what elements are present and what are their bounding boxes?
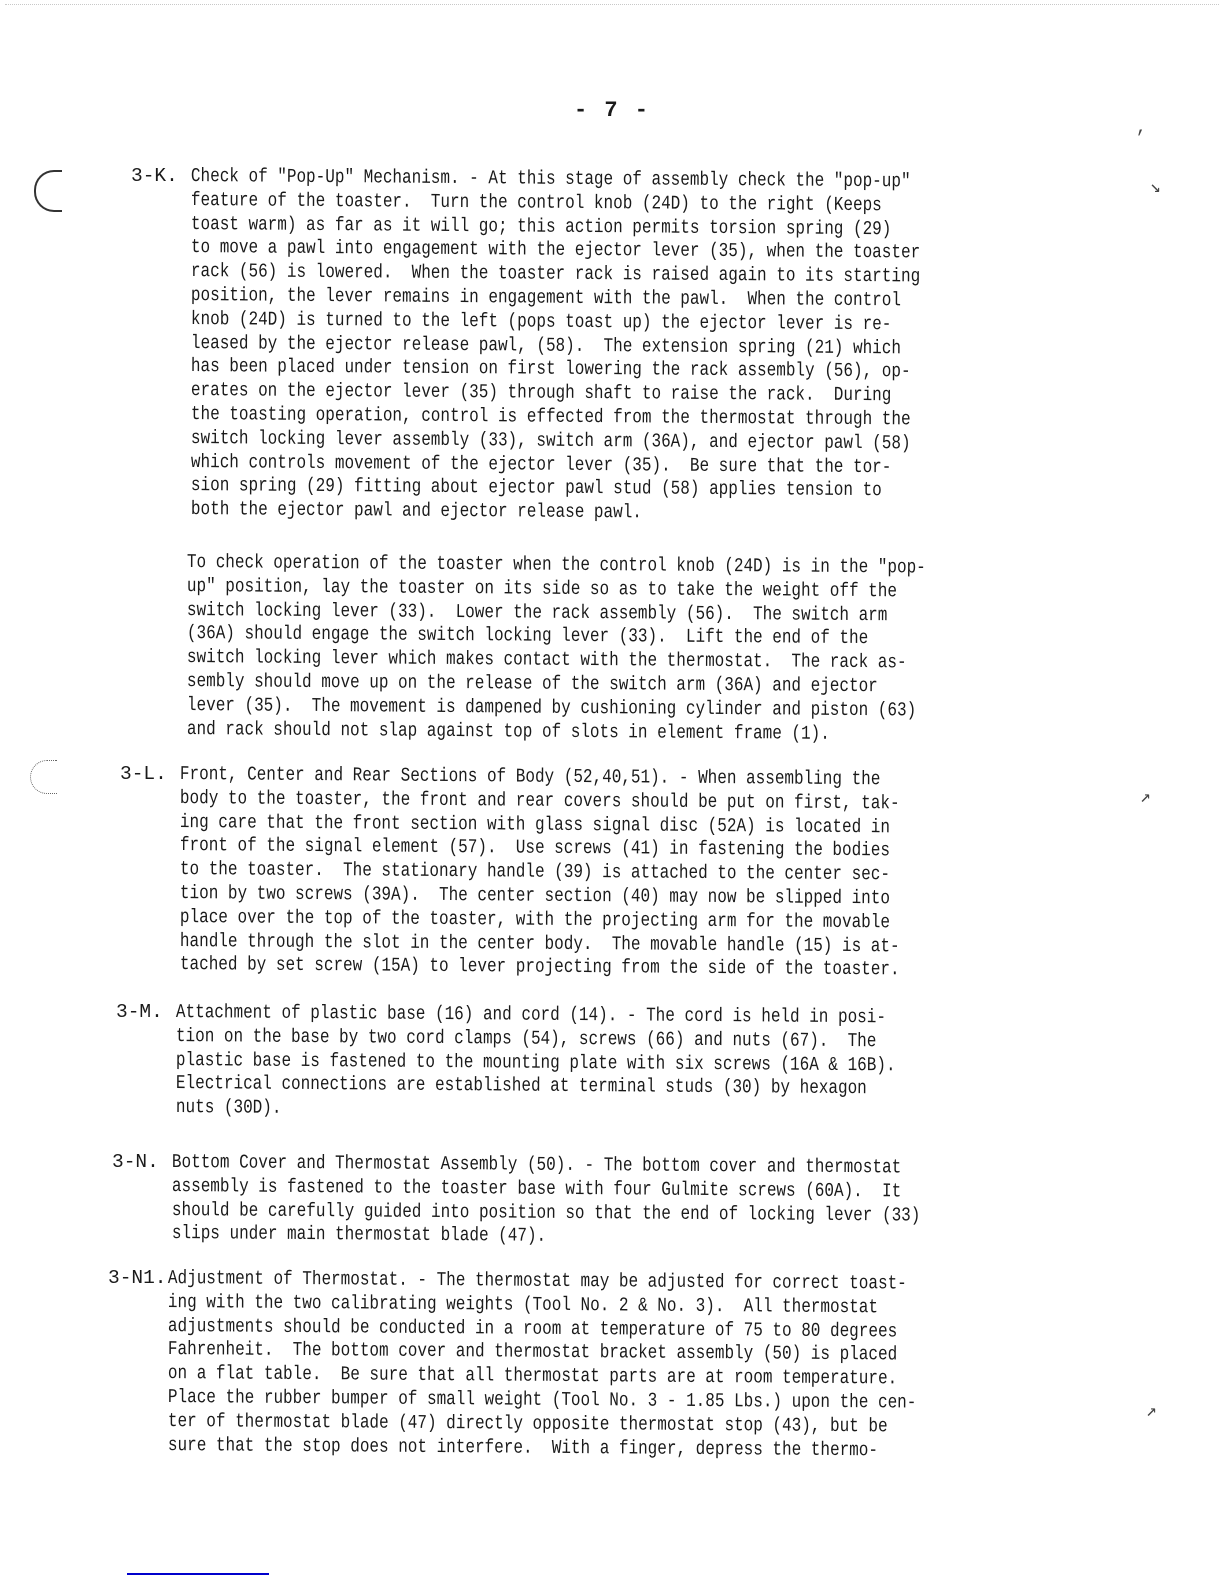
margin-mark: ↘ (1150, 176, 1161, 198)
text-line: sure that the stop does not interfere. W… (168, 1433, 878, 1462)
text-line: slips under main thermostat blade (47). (172, 1221, 546, 1248)
text-line: nuts (30D). (176, 1095, 282, 1120)
margin-mark: ↗ (1146, 1400, 1157, 1422)
link-underline[interactable] (127, 1573, 269, 1575)
margin-mark: ↗ (1140, 786, 1151, 808)
section-label: 3-L. (120, 762, 167, 786)
text-line: tached by set screw (15A) to lever proje… (180, 952, 900, 981)
hole-punch-mark (30, 760, 57, 794)
hole-punch-mark (34, 170, 62, 212)
section-label: 3-N. (112, 1150, 159, 1174)
page-number: - 7 - (0, 98, 1224, 123)
section-label: 3-N1. (108, 1266, 167, 1290)
text-line: and rack should not slap against top of … (187, 717, 830, 746)
scan-edge-dots (5, 4, 1219, 7)
section-label: 3-M. (116, 1000, 163, 1024)
text-line: both the ejector pawl and ejector releas… (191, 497, 642, 524)
section-label: 3-K. (131, 164, 178, 188)
